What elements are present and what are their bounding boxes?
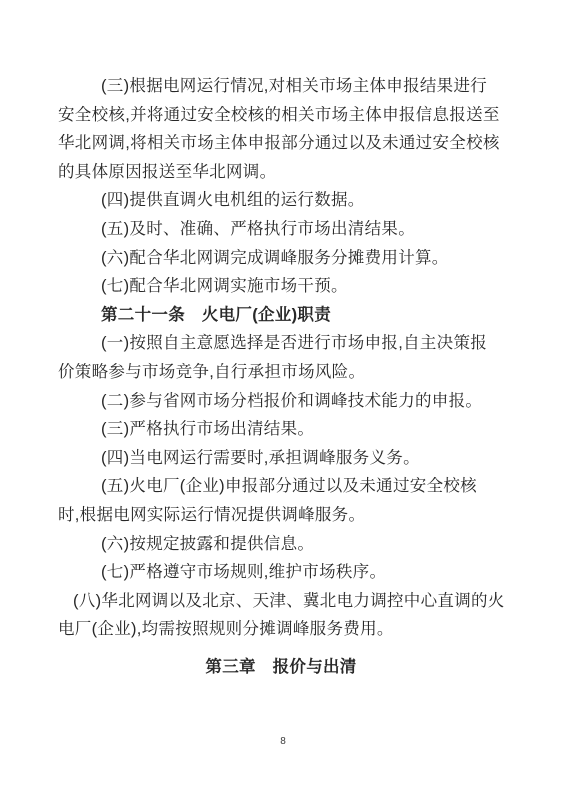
article-21-heading: 第二十一条 火电厂(企业)职责	[58, 301, 504, 330]
body-text-line: (五)及时、准确、严格执行市场出清结果。	[58, 215, 504, 244]
body-text-line: 安全校核,并将通过安全校核的相关市场主体申报信息报送至	[58, 101, 504, 130]
body-text-line: (四)提供直调火电机组的运行数据。	[58, 186, 504, 215]
body-text-line: (一)按照自主意愿选择是否进行市场申报,自主决策报	[58, 329, 504, 358]
body-text-line: (四)当电网运行需要时,承担调峰服务义务。	[58, 444, 504, 473]
body-text-line: 的具体原因报送至华北网调。	[58, 158, 504, 187]
body-text-line: (二)参与省网市场分档报价和调峰技术能力的申报。	[58, 387, 504, 416]
document-body: (三)根据电网运行情况,对相关市场主体申报结果进行 安全校核,并将通过安全校核的…	[58, 72, 504, 681]
body-text-line: (三)根据电网运行情况,对相关市场主体申报结果进行	[58, 72, 504, 101]
body-text-line: 价策略参与市场竞争,自行承担市场风险。	[58, 358, 504, 387]
body-text-line: 电厂(企业),均需按照规则分摊调峰服务费用。	[58, 615, 504, 644]
body-text-line: (七)配合华北网调实施市场干预。	[58, 272, 504, 301]
body-text-line: (三)严格执行市场出清结果。	[58, 415, 504, 444]
document-page: (三)根据电网运行情况,对相关市场主体申报结果进行 安全校核,并将通过安全校核的…	[0, 0, 566, 800]
body-text-line: (六)配合华北网调完成调峰服务分摊费用计算。	[58, 244, 504, 273]
section-gap	[58, 644, 504, 653]
body-text-line: (五)火电厂(企业)申报部分通过以及未通过安全校核	[58, 472, 504, 501]
body-text-line: (八)华北网调以及北京、天津、冀北电力调控中心直调的火	[58, 587, 504, 616]
page-number: 8	[0, 736, 566, 747]
body-text-line: (七)严格遵守市场规则,维护市场秩序。	[58, 558, 504, 587]
body-text-line: 时,根据电网实际运行情况提供调峰服务。	[58, 501, 504, 530]
chapter-3-heading: 第三章 报价与出清	[58, 653, 504, 682]
body-text-line: 华北网调,将相关市场主体申报部分通过以及未通过安全校核	[58, 129, 504, 158]
body-text-line: (六)按规定披露和提供信息。	[58, 530, 504, 559]
